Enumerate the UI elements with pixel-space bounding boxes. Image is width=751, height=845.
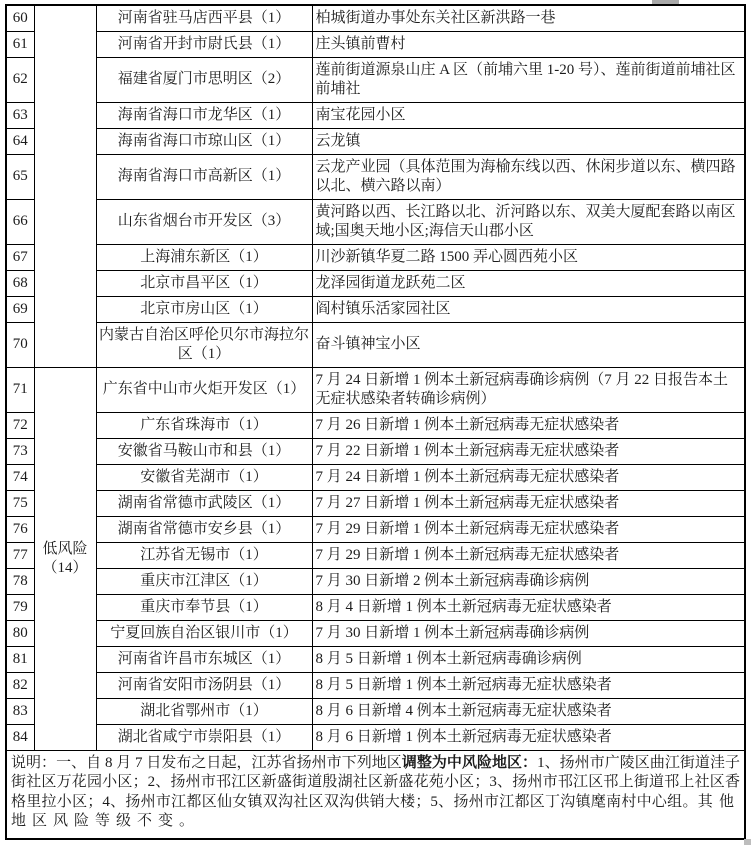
table-row: 60河南省驻马店西平县（1）柏城街道办事处东关社区新洪路一巷 <box>6 5 745 31</box>
row-number-cell: 77 <box>6 542 34 568</box>
risk-category-label: 低风险 <box>37 540 94 559</box>
region-cell: 河南省许昌市东城区（1） <box>96 646 312 672</box>
detail-cell: 黄河路以西、长江路以北、沂河路以东、双美大厦配套路以南区域;国奥天地小区;海信天… <box>312 199 745 244</box>
table-row: 62福建省厦门市思明区（2）莲前街道源泉山庄 A 区（前埔六里 1-20 号）、… <box>6 57 745 102</box>
table-row: 71低风险（14）广东省中山市火炬开发区（1）7 月 24 日新增 1 例本土新… <box>6 367 745 412</box>
row-number-cell: 65 <box>6 154 34 199</box>
region-cell: 河南省驻马店西平县（1） <box>96 5 312 31</box>
row-number-cell: 82 <box>6 672 34 698</box>
row-number-cell: 84 <box>6 724 34 750</box>
region-cell: 河南省开封市尉氏县（1） <box>96 31 312 57</box>
region-cell: 海南省海口市高新区（1） <box>96 154 312 199</box>
region-cell: 福建省厦门市思明区（2） <box>96 57 312 102</box>
table-row: 74安徽省芜湖市（1）7 月 24 日新增 1 例本土新冠病毒无症状感染者 <box>6 464 745 490</box>
row-number-cell: 80 <box>6 620 34 646</box>
detail-cell: 川沙新镇华夏二路 1500 弄心圆西苑小区 <box>312 244 745 270</box>
row-number-cell: 78 <box>6 568 34 594</box>
row-number-cell: 71 <box>6 367 34 412</box>
table-row: 67上海浦东新区（1）川沙新镇华夏二路 1500 弄心圆西苑小区 <box>6 244 745 270</box>
row-number-cell: 67 <box>6 244 34 270</box>
row-number-cell: 62 <box>6 57 34 102</box>
region-cell: 安徽省马鞍山市和县（1） <box>96 438 312 464</box>
table-row: 75湖南省常德市武陵区（1）7 月 27 日新增 1 例本土新冠病毒无症状感染者 <box>6 490 745 516</box>
detail-cell: 7 月 24 日新增 1 例本土新冠病毒确诊病例（7 月 22 日报告本土无症状… <box>312 367 745 412</box>
row-number-cell: 63 <box>6 102 34 128</box>
table-row: 83湖北省鄂州市（1）8 月 6 日新增 4 例本土新冠病毒无症状感染者 <box>6 698 745 724</box>
region-cell: 湖南省常德市安乡县（1） <box>96 516 312 542</box>
document-page: 60河南省驻马店西平县（1）柏城街道办事处东关社区新洪路一巷61河南省开封市尉氏… <box>0 0 751 845</box>
table-row: 82河南省安阳市汤阴县（1）8 月 5 日新增 1 例本土新冠病毒无症状感染者 <box>6 672 745 698</box>
region-cell: 宁夏回族自治区银川市（1） <box>96 620 312 646</box>
row-number-cell: 68 <box>6 270 34 296</box>
detail-cell: 阎村镇乐活家园社区 <box>312 296 745 322</box>
row-number-cell: 66 <box>6 199 34 244</box>
row-number-cell: 83 <box>6 698 34 724</box>
row-number-cell: 73 <box>6 438 34 464</box>
region-cell: 湖北省鄂州市（1） <box>96 698 312 724</box>
detail-cell: 8 月 6 日新增 1 例本土新冠病毒无症状感染者 <box>312 724 745 750</box>
region-cell: 安徽省芜湖市（1） <box>96 464 312 490</box>
region-cell: 内蒙古自治区呼伦贝尔市海拉尔区（1） <box>96 322 312 367</box>
region-cell: 重庆市奉节县（1） <box>96 594 312 620</box>
region-cell: 海南省海口市龙华区（1） <box>96 102 312 128</box>
table-row: 70内蒙古自治区呼伦贝尔市海拉尔区（1）奋斗镇神宝小区 <box>6 322 745 367</box>
row-number-cell: 69 <box>6 296 34 322</box>
region-cell: 重庆市江津区（1） <box>96 568 312 594</box>
row-number-cell: 70 <box>6 322 34 367</box>
row-number-cell: 64 <box>6 128 34 154</box>
note-text-bold: 调整为中风险地区： <box>402 755 537 771</box>
detail-cell: 龙泽园街道龙跃苑二区 <box>312 270 745 296</box>
detail-cell: 8 月 4 日新增 1 例本土新冠病毒无症状感染者 <box>312 594 745 620</box>
detail-cell: 柏城街道办事处东关社区新洪路一巷 <box>312 5 745 31</box>
row-number-cell: 79 <box>6 594 34 620</box>
risk-area-table: 60河南省驻马店西平县（1）柏城街道办事处东关社区新洪路一巷61河南省开封市尉氏… <box>5 4 746 840</box>
row-number-cell: 75 <box>6 490 34 516</box>
row-number-cell: 72 <box>6 412 34 438</box>
detail-cell: 庄头镇前曹村 <box>312 31 745 57</box>
table-row: 64海南省海口市琼山区（1）云龙镇 <box>6 128 745 154</box>
row-number-cell: 76 <box>6 516 34 542</box>
table-row: 72广东省珠海市（1）7 月 26 日新增 1 例本土新冠病毒无症状感染者 <box>6 412 745 438</box>
region-cell: 广东省中山市火炬开发区（1） <box>96 367 312 412</box>
risk-table-body: 60河南省驻马店西平县（1）柏城街道办事处东关社区新洪路一巷61河南省开封市尉氏… <box>6 5 745 750</box>
table-row: 63海南省海口市龙华区（1）南宝花园小区 <box>6 102 745 128</box>
region-cell: 上海浦东新区（1） <box>96 244 312 270</box>
detail-cell: 7 月 30 日新增 2 例本土新冠病毒确诊病例 <box>312 568 745 594</box>
table-row: 66山东省烟台市开发区（3）黄河路以西、长江路以北、沂河路以东、双美大厦配套路以… <box>6 199 745 244</box>
detail-cell: 7 月 30 日新增 1 例本土新冠病毒确诊病例 <box>312 620 745 646</box>
table-row: 79重庆市奉节县（1）8 月 4 日新增 1 例本土新冠病毒无症状感染者 <box>6 594 745 620</box>
note-cell: 说明：一、自 8 月 7 日发布之日起，江苏省扬州市下列地区调整为中风险地区：1… <box>6 750 745 839</box>
detail-cell: 云龙产业园（具体范围为海榆东线以西、休闲步道以东、横四路以北、横六路以南） <box>312 154 745 199</box>
table-row: 80宁夏回族自治区银川市（1）7 月 30 日新增 1 例本土新冠病毒确诊病例 <box>6 620 745 646</box>
row-number-cell: 61 <box>6 31 34 57</box>
table-row: 77江苏省无锡市（1）7 月 29 日新增 1 例本土新冠病毒无症状感染者 <box>6 542 745 568</box>
region-cell: 湖北省咸宁市崇阳县（1） <box>96 724 312 750</box>
region-cell: 河南省安阳市汤阴县（1） <box>96 672 312 698</box>
risk-category-count: （14） <box>37 559 94 578</box>
table-row: 61河南省开封市尉氏县（1）庄头镇前曹村 <box>6 31 745 57</box>
region-cell: 山东省烟台市开发区（3） <box>96 199 312 244</box>
table-row: 73安徽省马鞍山市和县（1）7 月 22 日新增 1 例本土新冠病毒无症状感染者 <box>6 438 745 464</box>
table-row: 68北京市昌平区（1）龙泽园街道龙跃苑二区 <box>6 270 745 296</box>
detail-cell: 7 月 29 日新增 1 例本土新冠病毒无症状感染者 <box>312 542 745 568</box>
row-number-cell: 60 <box>6 5 34 31</box>
note-text-prefix: 说明：一、自 8 月 7 日发布之日起，江苏省扬州市下列地区 <box>11 755 402 771</box>
detail-cell: 南宝花园小区 <box>312 102 745 128</box>
region-cell: 广东省珠海市（1） <box>96 412 312 438</box>
table-row: 78重庆市江津区（1）7 月 30 日新增 2 例本土新冠病毒确诊病例 <box>6 568 745 594</box>
detail-cell: 莲前街道源泉山庄 A 区（前埔六里 1-20 号）、莲前街道前埔社区前埔社 <box>312 57 745 102</box>
region-cell: 北京市房山区（1） <box>96 296 312 322</box>
table-row: 65海南省海口市高新区（1）云龙产业园（具体范围为海榆东线以西、休闲步道以东、横… <box>6 154 745 199</box>
detail-cell: 7 月 27 日新增 1 例本土新冠病毒无症状感染者 <box>312 490 745 516</box>
row-number-cell: 81 <box>6 646 34 672</box>
table-row: 81河南省许昌市东城区（1）8 月 5 日新增 1 例本土新冠病毒确诊病例 <box>6 646 745 672</box>
risk-category-cell: 低风险（14） <box>34 367 96 750</box>
table-row: 76湖南省常德市安乡县（1）7 月 29 日新增 1 例本土新冠病毒无症状感染者 <box>6 516 745 542</box>
detail-cell: 7 月 29 日新增 1 例本土新冠病毒无症状感染者 <box>312 516 745 542</box>
region-cell: 江苏省无锡市（1） <box>96 542 312 568</box>
region-cell: 湖南省常德市武陵区（1） <box>96 490 312 516</box>
row-number-cell: 74 <box>6 464 34 490</box>
screenshot-crop-artifact-bottom <box>744 839 751 845</box>
table-row: 69北京市房山区（1）阎村镇乐活家园社区 <box>6 296 745 322</box>
table-row: 84湖北省咸宁市崇阳县（1）8 月 6 日新增 1 例本土新冠病毒无症状感染者 <box>6 724 745 750</box>
risk-category-cell <box>34 5 96 367</box>
detail-cell: 云龙镇 <box>312 128 745 154</box>
detail-cell: 8 月 6 日新增 4 例本土新冠病毒无症状感染者 <box>312 698 745 724</box>
detail-cell: 8 月 5 日新增 1 例本土新冠病毒确诊病例 <box>312 646 745 672</box>
detail-cell: 奋斗镇神宝小区 <box>312 322 745 367</box>
detail-cell: 7 月 22 日新增 1 例本土新冠病毒无症状感染者 <box>312 438 745 464</box>
region-cell: 海南省海口市琼山区（1） <box>96 128 312 154</box>
detail-cell: 8 月 5 日新增 1 例本土新冠病毒无症状感染者 <box>312 672 745 698</box>
note-body: 说明：一、自 8 月 7 日发布之日起，江苏省扬州市下列地区调整为中风险地区：1… <box>6 750 745 839</box>
note-row: 说明：一、自 8 月 7 日发布之日起，江苏省扬州市下列地区调整为中风险地区：1… <box>6 750 745 839</box>
detail-cell: 7 月 24 日新增 1 例本土新冠病毒无症状感染者 <box>312 464 745 490</box>
detail-cell: 7 月 26 日新增 1 例本土新冠病毒无症状感染者 <box>312 412 745 438</box>
region-cell: 北京市昌平区（1） <box>96 270 312 296</box>
